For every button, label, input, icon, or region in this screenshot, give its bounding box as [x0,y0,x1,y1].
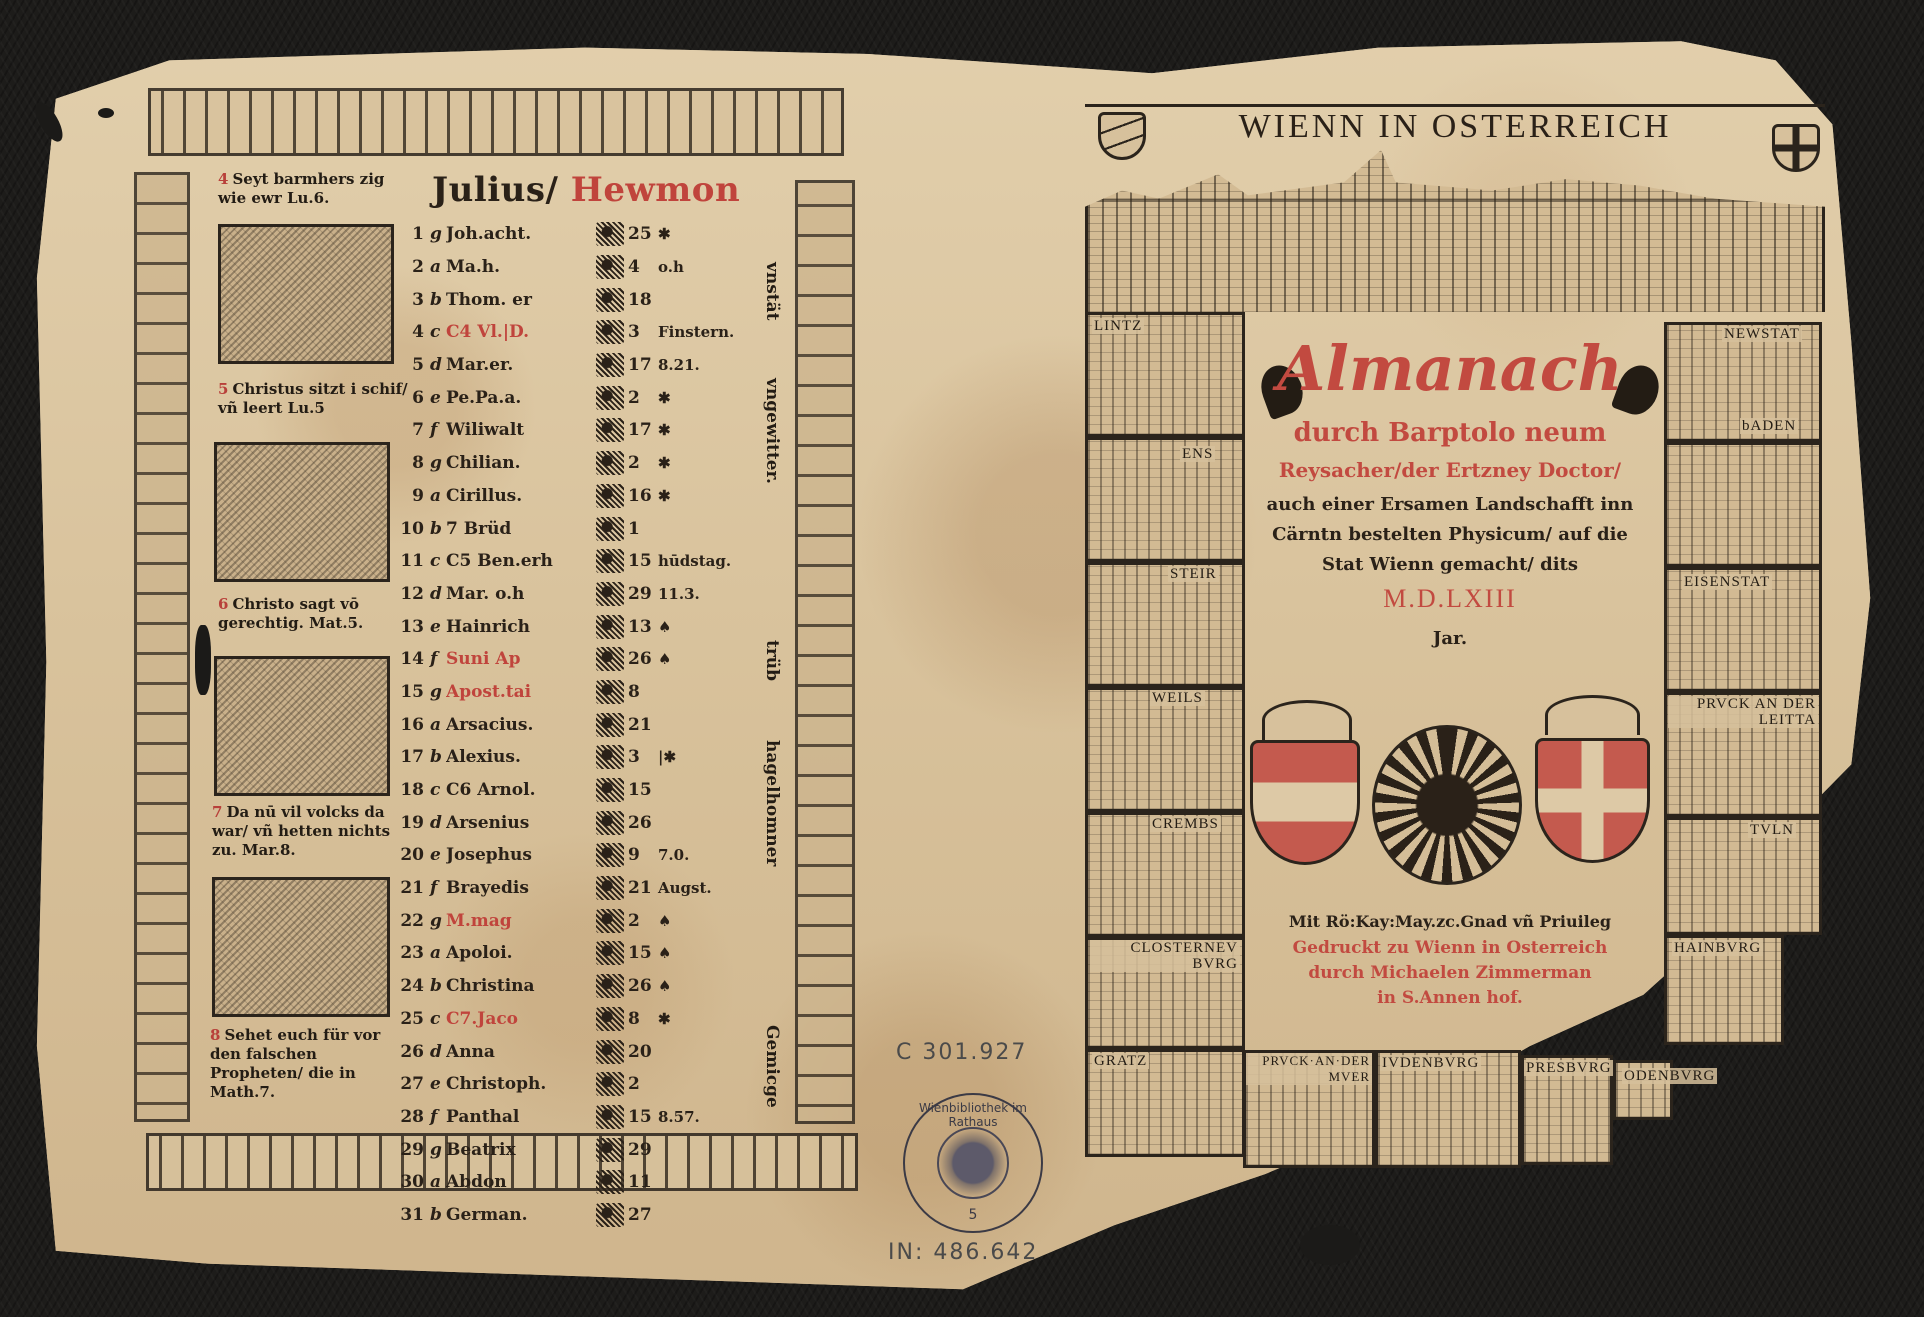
zodiac-sign-icon [596,811,624,835]
saint-name: 7 Brüd [446,519,596,539]
lunar-number: 15 [628,551,658,571]
ink-blot [98,108,114,118]
calendar-row: 27eChristoph.2 [398,1068,760,1101]
month-german: Hewmon [571,170,740,210]
dominical-letter: d [430,584,446,604]
saint-name: Christoph. [446,1074,596,1094]
calendar-row: 4cC4 Vl.|D.3Finstern. [398,316,760,349]
astronomical-note: ✱ [658,487,760,505]
saint-name: Thom. er [446,290,596,310]
day-number: 20 [398,845,424,865]
austria-shield-icon [1250,740,1360,865]
dominical-letter: e [430,617,446,637]
lunar-number: 8 [628,1009,658,1029]
astronomical-note: ♠ [658,977,760,995]
saint-name: Arsacius. [446,715,596,735]
astronomical-note: 7.0. [658,846,760,864]
saint-name: Beatrix [446,1140,596,1160]
astronomical-note: o.h [658,258,760,276]
saint-name: Anna [446,1042,596,1062]
stamp-number: 5 [905,1207,1041,1223]
calendar-row: 11cC5 Ben.erh15hūdstag. [398,545,760,578]
zodiac-sign-icon [596,1072,624,1096]
month-latin: Julius/ [432,170,558,210]
dominical-letter: g [430,682,446,702]
astronomical-note: hūdstag. [658,552,760,570]
town-label-newstat: NEWSTAT [1722,326,1802,342]
day-number: 6 [398,388,424,408]
subtitle-line-3: auch einer Ersamen Landschafft inn [1245,494,1655,515]
zodiac-sign-icon [596,909,624,933]
lunar-number: 18 [628,290,658,310]
astronomical-note: ♠ [658,650,760,668]
day-number: 4 [398,322,424,342]
calendar-month-header: Julius/ Hewmon [432,170,740,210]
calendar-row: 21fBrayedis21Augst. [398,872,760,905]
day-number: 12 [398,584,424,604]
zodiac-sign-icon [596,615,624,639]
town-panel-tuln [1664,817,1822,935]
zodiac-sign-icon [596,418,624,442]
day-number: 16 [398,715,424,735]
dominical-letter: b [430,290,446,310]
saint-name: Apoloi. [446,943,596,963]
woodcut-feeding-crowd [212,877,390,1017]
town-label-iudenburg: IVDENBVRG [1380,1055,1481,1071]
dominical-letter: g [430,911,446,931]
calendar-row: 25cC7.Jaco8✱ [398,1003,760,1036]
gloss-5: 5Christus sitzt i schif/ vñ leert Lu.5 [218,380,408,418]
dominical-letter: c [430,322,446,342]
dominical-letter: a [430,943,446,963]
dominical-letter: f [430,420,446,440]
town-panel-ens [1085,437,1245,562]
town-label-baden: bADEN [1740,418,1798,434]
zodiac-sign-icon [596,320,624,344]
dominical-letter: d [430,813,446,833]
town-label-odenburg: ODENBVRG [1622,1068,1717,1084]
left-pillar-column [134,172,190,1122]
subtitle-line-2: Reysacher/der Ertzney Doctor/ [1245,458,1655,482]
astronomical-note: ♠ [658,618,760,636]
colophon-line-1: Mit Rö:Kay:May.zc.Gnad vñ Priuileg [1240,912,1660,931]
gloss-6: 6Christo sagt vō gerechtig. Mat.5. [218,595,408,633]
lunar-number: 15 [628,943,658,963]
saint-name: Pe.Pa.a. [446,388,596,408]
astronomical-note: 11.3. [658,585,760,603]
subtitle-line-5: Stat Wienn gemacht/ dits [1245,554,1655,575]
town-label-lintz: LINTZ [1092,318,1144,334]
calendar-row: 12dMar. o.h2911.3. [398,578,760,611]
astronomical-note: Finstern. [658,323,760,341]
calendar-row: 22gM.mag2♠ [398,904,760,937]
calendar-row: 2aMa.h.4o.h [398,251,760,284]
town-label-presburg: PRESBVRG [1524,1060,1614,1076]
saint-name: Cirillus. [446,486,596,506]
calendar-row: 13eHainrich13♠ [398,610,760,643]
calendar-row: 10b7 Brüd1 [398,512,760,545]
weather-note-5: Gemicge [762,1025,782,1108]
lunar-number: 29 [628,584,658,604]
astronomical-note: ✱ [658,454,760,472]
zodiac-sign-icon [596,484,624,508]
saint-name: M.mag [446,911,596,931]
dominical-letter: c [430,551,446,571]
calendar-row: 7fWiliwalt17✱ [398,414,760,447]
lunar-number: 2 [628,388,658,408]
subtitle-jar: Jar. [1245,628,1655,649]
gloss-4: 4Seyt barmhers zig wie ewr Lu.6. [218,170,408,208]
lunar-number: 2 [628,911,658,931]
dominical-letter: d [430,1042,446,1062]
lunar-number: 3 [628,322,658,342]
zodiac-sign-icon [596,778,624,802]
woodcut-boat-sunrise [214,442,390,582]
day-number: 18 [398,780,424,800]
day-number: 9 [398,486,424,506]
day-number: 23 [398,943,424,963]
day-number: 29 [398,1140,424,1160]
calendar-row: 28fPanthal158.57. [398,1101,760,1134]
astronomical-note: 8.57. [658,1108,760,1126]
lunar-number: 1 [628,519,658,539]
town-label-gratz: GRATZ [1092,1053,1149,1069]
lunar-number: 4 [628,257,658,277]
astronomical-note: ✱ [658,421,760,439]
saint-name: Chilian. [446,453,596,473]
dominical-letter: a [430,1172,446,1192]
day-number: 22 [398,911,424,931]
gloss-8: 8Sehet euch für vor den falschen Prophet… [210,1026,400,1102]
top-ornament-border [148,88,844,156]
town-panel-baden [1664,442,1822,567]
dominical-letter: g [430,224,446,244]
saint-name: C5 Ben.erh [446,551,596,571]
saint-name: Christina [446,976,596,996]
astronomical-note: Augst. [658,879,760,897]
zodiac-sign-icon [596,517,624,541]
day-number: 2 [398,257,424,277]
town-label-tuln: TVLN [1748,822,1796,838]
zodiac-sign-icon [596,647,624,671]
zodiac-sign-icon [596,222,624,246]
lunar-number: 2 [628,453,658,473]
calendar-row: 24bChristina26♠ [398,970,760,1003]
dominical-letter: c [430,780,446,800]
subtitle-year: M.D.LXIII [1245,584,1655,614]
saint-name: Mar.er. [446,355,596,375]
zodiac-sign-icon [596,1007,624,1031]
zodiac-sign-icon [596,1040,624,1064]
weather-note-2: vngewitter. [762,378,782,484]
lunar-number: 17 [628,355,658,375]
day-number: 27 [398,1074,424,1094]
saint-name: Panthal [446,1107,596,1127]
day-number: 5 [398,355,424,375]
zodiac-sign-icon [596,1105,624,1129]
calendar-row: 9aCirillus.16✱ [398,480,760,513]
ink-blot [195,625,211,695]
ink-blot [1300,1225,1360,1265]
town-label-pruck-muer: PRVCK·AN·DER MVER [1246,1053,1372,1085]
zodiac-sign-icon [596,843,624,867]
zodiac-sign-icon [596,713,624,737]
zodiac-sign-icon [596,386,624,410]
dominical-letter: d [430,355,446,375]
day-number: 19 [398,813,424,833]
dominical-letter: g [430,453,446,473]
imperial-eagle-crest-icon [1372,725,1522,885]
inventory-number: IN: 486.642 [888,1240,1038,1265]
library-stamp: Wienbibliothek im Rathaus 5 [903,1093,1043,1233]
saint-name: Hainrich [446,617,596,637]
dominical-letter: f [430,649,446,669]
lunar-number: 27 [628,1205,658,1225]
calendar-row: 20eJosephus97.0. [398,839,760,872]
lunar-number: 8 [628,682,658,702]
almanac-title: Almanach [1260,332,1640,405]
day-number: 24 [398,976,424,996]
lunar-number: 17 [628,420,658,440]
calendar-table: 1gJoh.acht.25✱2aMa.h.4o.h3bThom. er184cC… [398,218,760,1231]
town-label-weils: WEILS [1150,690,1205,706]
subtitle-line-4: Cärntn bestelten Physicum/ auf die [1245,524,1655,545]
colophon-line-2: Gedruckt zu Wienn in Osterreich [1240,938,1660,958]
calendar-row: 31bGerman.27 [398,1199,760,1232]
dominical-letter: a [430,486,446,506]
lunar-number: 3 [628,747,658,767]
lunar-number: 26 [628,649,658,669]
astronomical-note: ♠ [658,912,760,930]
day-number: 28 [398,1107,424,1127]
calendar-row: 18cC6 Arnol.15 [398,774,760,807]
day-number: 30 [398,1172,424,1192]
lunar-number: 13 [628,617,658,637]
stamp-eagle-icon [937,1127,1009,1199]
day-number: 1 [398,224,424,244]
day-number: 26 [398,1042,424,1062]
lunar-number: 9 [628,845,658,865]
woodcut-christ-healing [218,224,394,364]
saint-name: Suni Ap [446,649,596,669]
lunar-number: 21 [628,878,658,898]
dominical-letter: a [430,257,446,277]
town-label-eisenstat: EISENSTAT [1682,574,1772,590]
lunar-number: 25 [628,224,658,244]
lunar-number: 11 [628,1172,658,1192]
dominical-letter: b [430,747,446,767]
saint-name: Arsenius [446,813,596,833]
dominical-letter: g [430,1140,446,1160]
dominical-letter: c [430,1009,446,1029]
woodcut-pharisee [214,656,390,796]
calendar-row: 14fSuni Ap26♠ [398,643,760,676]
lunar-number: 29 [628,1140,658,1160]
calendar-row: 30aAbdon11 [398,1166,760,1199]
right-pillar-column [795,180,855,1124]
title-frame-top [1085,104,1825,107]
zodiac-sign-icon [596,255,624,279]
astronomical-note: |✱ [658,748,760,766]
shelfmark: C 301.927 [896,1040,1027,1065]
saint-name: Mar. o.h [446,584,596,604]
calendar-row: 29gBeatrix29 [398,1133,760,1166]
dominical-letter: e [430,388,446,408]
lunar-number: 2 [628,1074,658,1094]
lunar-number: 26 [628,976,658,996]
saint-name: Apost.tai [446,682,596,702]
calendar-row: 6ePe.Pa.a.2✱ [398,381,760,414]
dominical-letter: b [430,976,446,996]
day-number: 31 [398,1205,424,1225]
day-number: 15 [398,682,424,702]
saint-name: Brayedis [446,878,596,898]
saint-name: Joh.acht. [446,224,596,244]
stamp-ring-text: Wienbibliothek im Rathaus [905,1101,1041,1129]
lunar-number: 16 [628,486,658,506]
calendar-row: 5dMar.er.178.21. [398,349,760,382]
lunar-number: 20 [628,1042,658,1062]
astronomical-note: ✱ [658,1010,760,1028]
day-number: 11 [398,551,424,571]
day-number: 10 [398,519,424,539]
calendar-row: 3bThom. er18 [398,283,760,316]
astronomical-note: ✱ [658,225,760,243]
saint-name: Abdon [446,1172,596,1192]
saint-name: Wiliwalt [446,420,596,440]
crown-right-icon [1545,695,1640,735]
astronomical-note: ♠ [658,944,760,962]
town-label-pruck-leitta: PRVCK AN DER LEITTA [1668,696,1818,728]
town-panel-steir [1085,562,1245,687]
calendar-row: 1gJoh.acht.25✱ [398,218,760,251]
saint-name: Josephus [446,845,596,865]
dominical-letter: f [430,1107,446,1127]
day-number: 17 [398,747,424,767]
town-label-ens: ENS [1180,446,1215,462]
saint-name: C7.Jaco [446,1009,596,1029]
lunar-number: 15 [628,1107,658,1127]
zodiac-sign-icon [596,1203,624,1227]
dominical-letter: a [430,715,446,735]
zodiac-sign-icon [596,974,624,998]
calendar-row: 15gApost.tai8 [398,676,760,709]
banner-title: WIENN IN OSTERREICH [1085,108,1825,148]
calendar-row: 19dArsenius26 [398,806,760,839]
day-number: 8 [398,453,424,473]
subtitle-line-1: durch Barptolo neum [1245,418,1655,448]
calendar-row: 16aArsacius.21 [398,708,760,741]
calendar-row: 17bAlexius.3|✱ [398,741,760,774]
zodiac-sign-icon [596,745,624,769]
day-number: 25 [398,1009,424,1029]
town-label-crembs: CREMBS [1150,816,1221,832]
calendar-row: 8gChilian.2✱ [398,447,760,480]
dominical-letter: e [430,845,446,865]
lunar-number: 21 [628,715,658,735]
day-number: 3 [398,290,424,310]
astronomical-note: 8.21. [658,356,760,374]
zodiac-sign-icon [596,876,624,900]
day-number: 21 [398,878,424,898]
zodiac-sign-icon [596,1170,624,1194]
weather-note-3: trüb [762,640,782,681]
day-number: 13 [398,617,424,637]
town-label-steir: STEIR [1168,566,1219,582]
lunar-number: 15 [628,780,658,800]
town-label-hainburg: HAINBVRG [1672,940,1763,956]
vienna-cross-shield-icon [1535,738,1650,863]
weather-note-4: hagelhomner [762,740,782,866]
calendar-row: 23aApoloi.15♠ [398,937,760,970]
dominical-letter: b [430,519,446,539]
dominical-letter: f [430,878,446,898]
colophon-line-3: durch Michaelen Zimmerman [1240,963,1660,983]
day-number: 14 [398,649,424,669]
day-number: 7 [398,420,424,440]
zodiac-sign-icon [596,1138,624,1162]
zodiac-sign-icon [596,680,624,704]
gloss-7: 7Da nū vil volcks da war/ vñ hetten nich… [212,803,402,860]
zodiac-sign-icon [596,353,624,377]
saint-name: Ma.h. [446,257,596,277]
zodiac-sign-icon [596,941,624,965]
saint-name: German. [446,1205,596,1225]
dominical-letter: b [430,1205,446,1225]
zodiac-sign-icon [596,288,624,312]
crown-left-icon [1262,700,1352,740]
weather-note-1: vnstät [762,262,782,321]
zodiac-sign-icon [596,582,624,606]
saint-name: Alexius. [446,747,596,767]
dominical-letter: e [430,1074,446,1094]
astronomical-note: ✱ [658,389,760,407]
saint-name: C6 Arnol. [446,780,596,800]
lunar-number: 26 [628,813,658,833]
zodiac-sign-icon [596,549,624,573]
colophon-line-4: in S.Annen hof. [1240,988,1660,1008]
town-label-closterneuburg: CLOSTERNEV BVRG [1090,940,1240,972]
calendar-row: 26dAnna20 [398,1035,760,1068]
saint-name: C4 Vl.|D. [446,322,596,342]
zodiac-sign-icon [596,451,624,475]
